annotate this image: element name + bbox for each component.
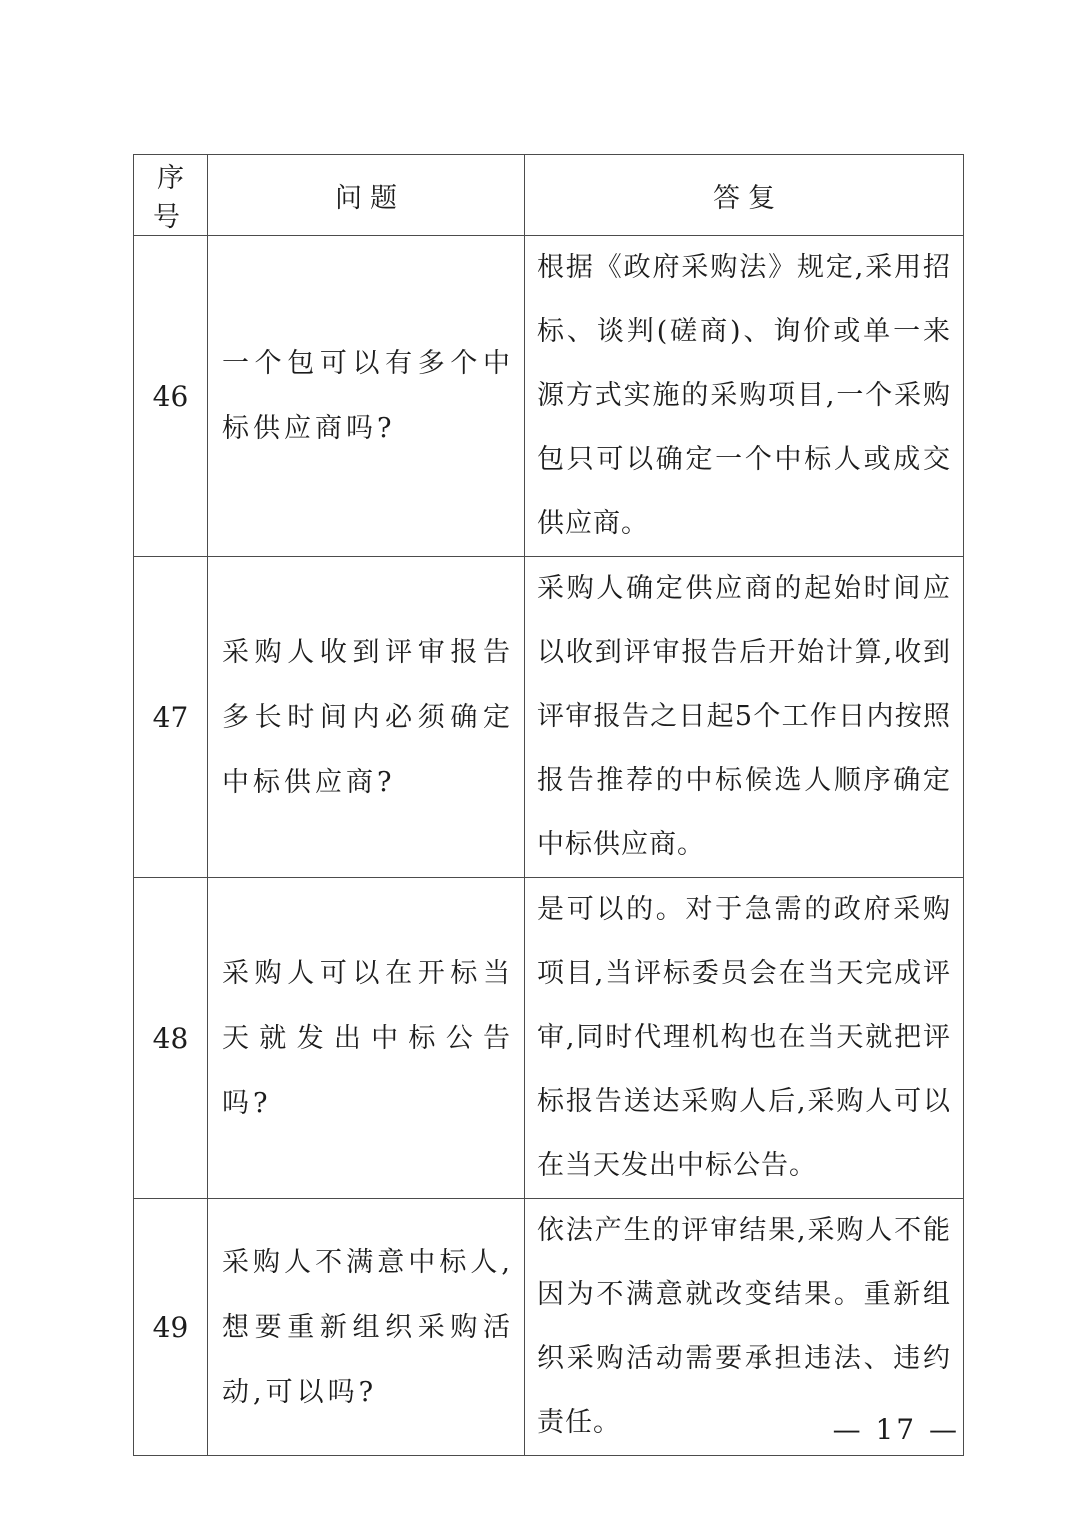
row-question: 采购人不满意中标人,想要重新组织采购活动,可以吗?: [208, 1199, 525, 1456]
row-question: 采购人可以在开标当天就发出中标公告吗?: [208, 878, 525, 1199]
row-serial-number: 46: [134, 236, 208, 557]
row-answer: 采购人确定供应商的起始时间应以收到评审报告后开始计算,收到评审报告之日起5个工作…: [525, 557, 964, 878]
page-number: — 17 —: [833, 1413, 960, 1446]
row-serial-number: 47: [134, 557, 208, 878]
header-question: 问题: [208, 155, 525, 236]
header-answer: 答复: [525, 155, 964, 236]
qa-table: 序号 问题 答复 46 一个包可以有多个中标供应商吗? 根据《政府采购法》规定,…: [133, 154, 964, 1456]
header-serial-number: 序号: [134, 155, 208, 236]
document-page: 序号 问题 答复 46 一个包可以有多个中标供应商吗? 根据《政府采购法》规定,…: [0, 0, 1092, 1535]
row-answer: 根据《政府采购法》规定,采用招标、谈判(磋商)、询价或单一来源方式实施的采购项目…: [525, 236, 964, 557]
row-question: 一个包可以有多个中标供应商吗?: [208, 236, 525, 557]
table-row: 46 一个包可以有多个中标供应商吗? 根据《政府采购法》规定,采用招标、谈判(磋…: [134, 236, 964, 557]
table-row: 47 采购人收到评审报告多长时间内必须确定中标供应商? 采购人确定供应商的起始时…: [134, 557, 964, 878]
row-serial-number: 49: [134, 1199, 208, 1456]
row-serial-number: 48: [134, 878, 208, 1199]
row-answer: 是可以的。对于急需的政府采购项目,当评标委员会在当天完成评审,同时代理机构也在当…: [525, 878, 964, 1199]
row-question: 采购人收到评审报告多长时间内必须确定中标供应商?: [208, 557, 525, 878]
table-header-row: 序号 问题 答复: [134, 155, 964, 236]
table-row: 48 采购人可以在开标当天就发出中标公告吗? 是可以的。对于急需的政府采购项目,…: [134, 878, 964, 1199]
